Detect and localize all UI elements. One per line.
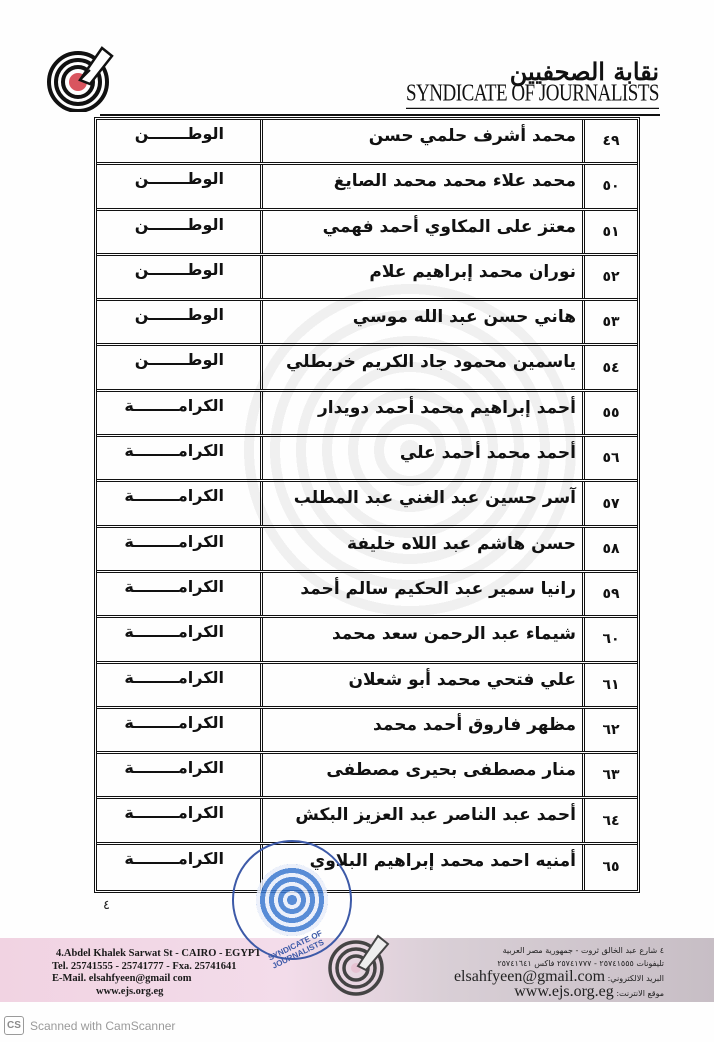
footer-email-label: البريد الالكتروني: bbox=[608, 974, 664, 983]
row-number: ٦٢ bbox=[582, 709, 637, 751]
member-organization: الكرامــــــــة bbox=[97, 573, 260, 615]
footer-website-ar: www.ejs.org.eg bbox=[514, 983, 614, 1000]
member-name: أحمد محمد أحمد علي bbox=[260, 437, 582, 479]
member-name: حسن هاشم عبد اللاه خليفة bbox=[260, 528, 582, 570]
footer-email: E-Mail. elsahfyeen@gmail com bbox=[52, 973, 261, 986]
footer-website: www.ejs.org.eg bbox=[96, 986, 261, 999]
table-row: ٦٠ شيماء عبد الرحمن سعد محمد الكرامـــــ… bbox=[97, 618, 637, 663]
row-number: ٥٨ bbox=[582, 528, 637, 570]
table-row: ٦٥ أمنيه احمد محمد إبراهيم البلاوي الكرا… bbox=[97, 845, 637, 890]
row-number: ٥٤ bbox=[582, 346, 637, 388]
table-row: ٦١ علي فتحي محمد أبو شعلان الكرامـــــــ… bbox=[97, 664, 637, 709]
members-table: ٤٩ محمد أشرف حلمي حسن الوطـــــــن ٥٠ مح… bbox=[94, 117, 640, 893]
member-organization: الكرامــــــــة bbox=[97, 664, 260, 706]
row-number: ٥٣ bbox=[582, 301, 637, 343]
row-number: ٦١ bbox=[582, 664, 637, 706]
member-name: شيماء عبد الرحمن سعد محمد bbox=[260, 618, 582, 660]
footer-web-row: موقع الانترنت: www.ejs.org.eg bbox=[454, 985, 664, 1000]
brand-header: نقابة الصحفيين SYNDICATE OF JOURNALISTS bbox=[406, 58, 659, 109]
member-name: محمد أشرف حلمي حسن bbox=[260, 120, 582, 162]
member-name: منار مصطفى بحيرى مصطفى bbox=[260, 754, 582, 796]
table-row: ٥١ معتز على المكاوي أحمد فهمي الوطــــــ… bbox=[97, 211, 637, 256]
member-name: نوران محمد إبراهيم علام bbox=[260, 256, 582, 298]
row-number: ٥٥ bbox=[582, 392, 637, 434]
member-name: مظهر فاروق أحمد محمد bbox=[260, 709, 582, 751]
member-organization: الكرامــــــــة bbox=[97, 437, 260, 479]
member-organization: الكرامــــــــة bbox=[97, 709, 260, 751]
member-name: آسر حسين عبد الغني عبد المطلب bbox=[260, 482, 582, 524]
member-organization: الوطـــــــن bbox=[97, 256, 260, 298]
member-organization: الوطـــــــن bbox=[97, 120, 260, 162]
member-organization: الكرامــــــــة bbox=[97, 618, 260, 660]
member-name: أحمد عبد الناصر عبد العزيز البكش bbox=[260, 799, 582, 841]
row-number: ٦٥ bbox=[582, 845, 637, 890]
member-organization: الكرامــــــــة bbox=[97, 754, 260, 796]
footer-contact-english: 4.Abdel Khalek Sarwat St - CAIRO - EGYPT… bbox=[56, 948, 261, 998]
row-number: ٥٢ bbox=[582, 256, 637, 298]
member-organization: الكرامــــــــة bbox=[97, 528, 260, 570]
camscanner-label: Scanned with CamScanner bbox=[30, 1019, 175, 1033]
footer-contact-arabic: ٤ شارع عبد الخالق ثروت - جمهورية مصر الع… bbox=[454, 944, 664, 1000]
member-name: رانيا سمير عبد الحكيم سالم أحمد bbox=[260, 573, 582, 615]
member-organization: الكرامــــــــة bbox=[97, 482, 260, 524]
member-name: معتز على المكاوي أحمد فهمي bbox=[260, 211, 582, 253]
table-row: ٥٧ آسر حسين عبد الغني عبد المطلب الكرامـ… bbox=[97, 482, 637, 527]
table-row: ٥٦ أحمد محمد أحمد علي الكرامــــــــة bbox=[97, 437, 637, 482]
member-organization: الكرامــــــــة bbox=[97, 392, 260, 434]
member-name: هاني حسن عبد الله موسي bbox=[260, 301, 582, 343]
row-number: ٥٧ bbox=[582, 482, 637, 524]
table-row: ٥٣ هاني حسن عبد الله موسي الوطـــــــن bbox=[97, 301, 637, 346]
table-row: ٥٩ رانيا سمير عبد الحكيم سالم أحمد الكرا… bbox=[97, 573, 637, 618]
member-organization: الكرامــــــــة bbox=[97, 799, 260, 841]
letterhead-footer: 4.Abdel Khalek Sarwat St - CAIRO - EGYPT… bbox=[0, 938, 714, 1002]
footer-address-ar: ٤ شارع عبد الخالق ثروت - جمهورية مصر الع… bbox=[454, 944, 664, 957]
member-name: ياسمين محمود جاد الكريم خربطلي bbox=[260, 346, 582, 388]
member-organization: الوطـــــــن bbox=[97, 211, 260, 253]
member-organization: الوطـــــــن bbox=[97, 301, 260, 343]
table-row: ٦٢ مظهر فاروق أحمد محمد الكرامــــــــة bbox=[97, 709, 637, 754]
member-name: علي فتحي محمد أبو شعلان bbox=[260, 664, 582, 706]
member-organization: الوطـــــــن bbox=[97, 165, 260, 207]
brand-title-english: SYNDICATE OF JOURNALISTS bbox=[406, 80, 659, 109]
row-number: ٦٠ bbox=[582, 618, 637, 660]
header-divider bbox=[100, 114, 660, 116]
table-row: ٦٣ منار مصطفى بحيرى مصطفى الكرامــــــــ… bbox=[97, 754, 637, 799]
row-number: ٥٠ bbox=[582, 165, 637, 207]
member-name: محمد علاء محمد محمد الصايغ bbox=[260, 165, 582, 207]
camscanner-icon: CS bbox=[4, 1016, 24, 1035]
row-number: ٥٦ bbox=[582, 437, 637, 479]
footer-address: 4.Abdel Khalek Sarwat St - CAIRO - EGYPT bbox=[56, 948, 261, 961]
row-number: ٦٤ bbox=[582, 799, 637, 841]
row-number: ٦٣ bbox=[582, 754, 637, 796]
row-number: ٤٩ bbox=[582, 120, 637, 162]
table-row: ٤٩ محمد أشرف حلمي حسن الوطـــــــن bbox=[97, 120, 637, 165]
syndicate-logo-icon bbox=[46, 40, 118, 112]
document-page: نقابة الصحفيين SYNDICATE OF JOURNALISTS … bbox=[0, 0, 714, 1042]
table-row: ٥٨ حسن هاشم عبد اللاه خليفة الكرامــــــ… bbox=[97, 528, 637, 573]
row-number: ٥٩ bbox=[582, 573, 637, 615]
row-number: ٥١ bbox=[582, 211, 637, 253]
footer-phones: Tel. 25741555 - 25741777 - Fxa. 25741641 bbox=[52, 961, 261, 974]
page-number: ٤ bbox=[103, 898, 110, 913]
member-name: أحمد إبراهيم محمد أحمد دويدار bbox=[260, 392, 582, 434]
footer-web-label: موقع الانترنت: bbox=[616, 989, 664, 998]
table-row: ٦٤ أحمد عبد الناصر عبد العزيز البكش الكر… bbox=[97, 799, 637, 844]
table-row: ٥٠ محمد علاء محمد محمد الصايغ الوطــــــ… bbox=[97, 165, 637, 210]
member-organization: الوطـــــــن bbox=[97, 346, 260, 388]
table-row: ٥٥ أحمد إبراهيم محمد أحمد دويدار الكرامـ… bbox=[97, 392, 637, 437]
table-row: ٥٢ نوران محمد إبراهيم علام الوطـــــــن bbox=[97, 256, 637, 301]
camscanner-watermark: CS Scanned with CamScanner bbox=[4, 1016, 175, 1035]
table-row: ٥٤ ياسمين محمود جاد الكريم خربطلي الوطــ… bbox=[97, 346, 637, 391]
